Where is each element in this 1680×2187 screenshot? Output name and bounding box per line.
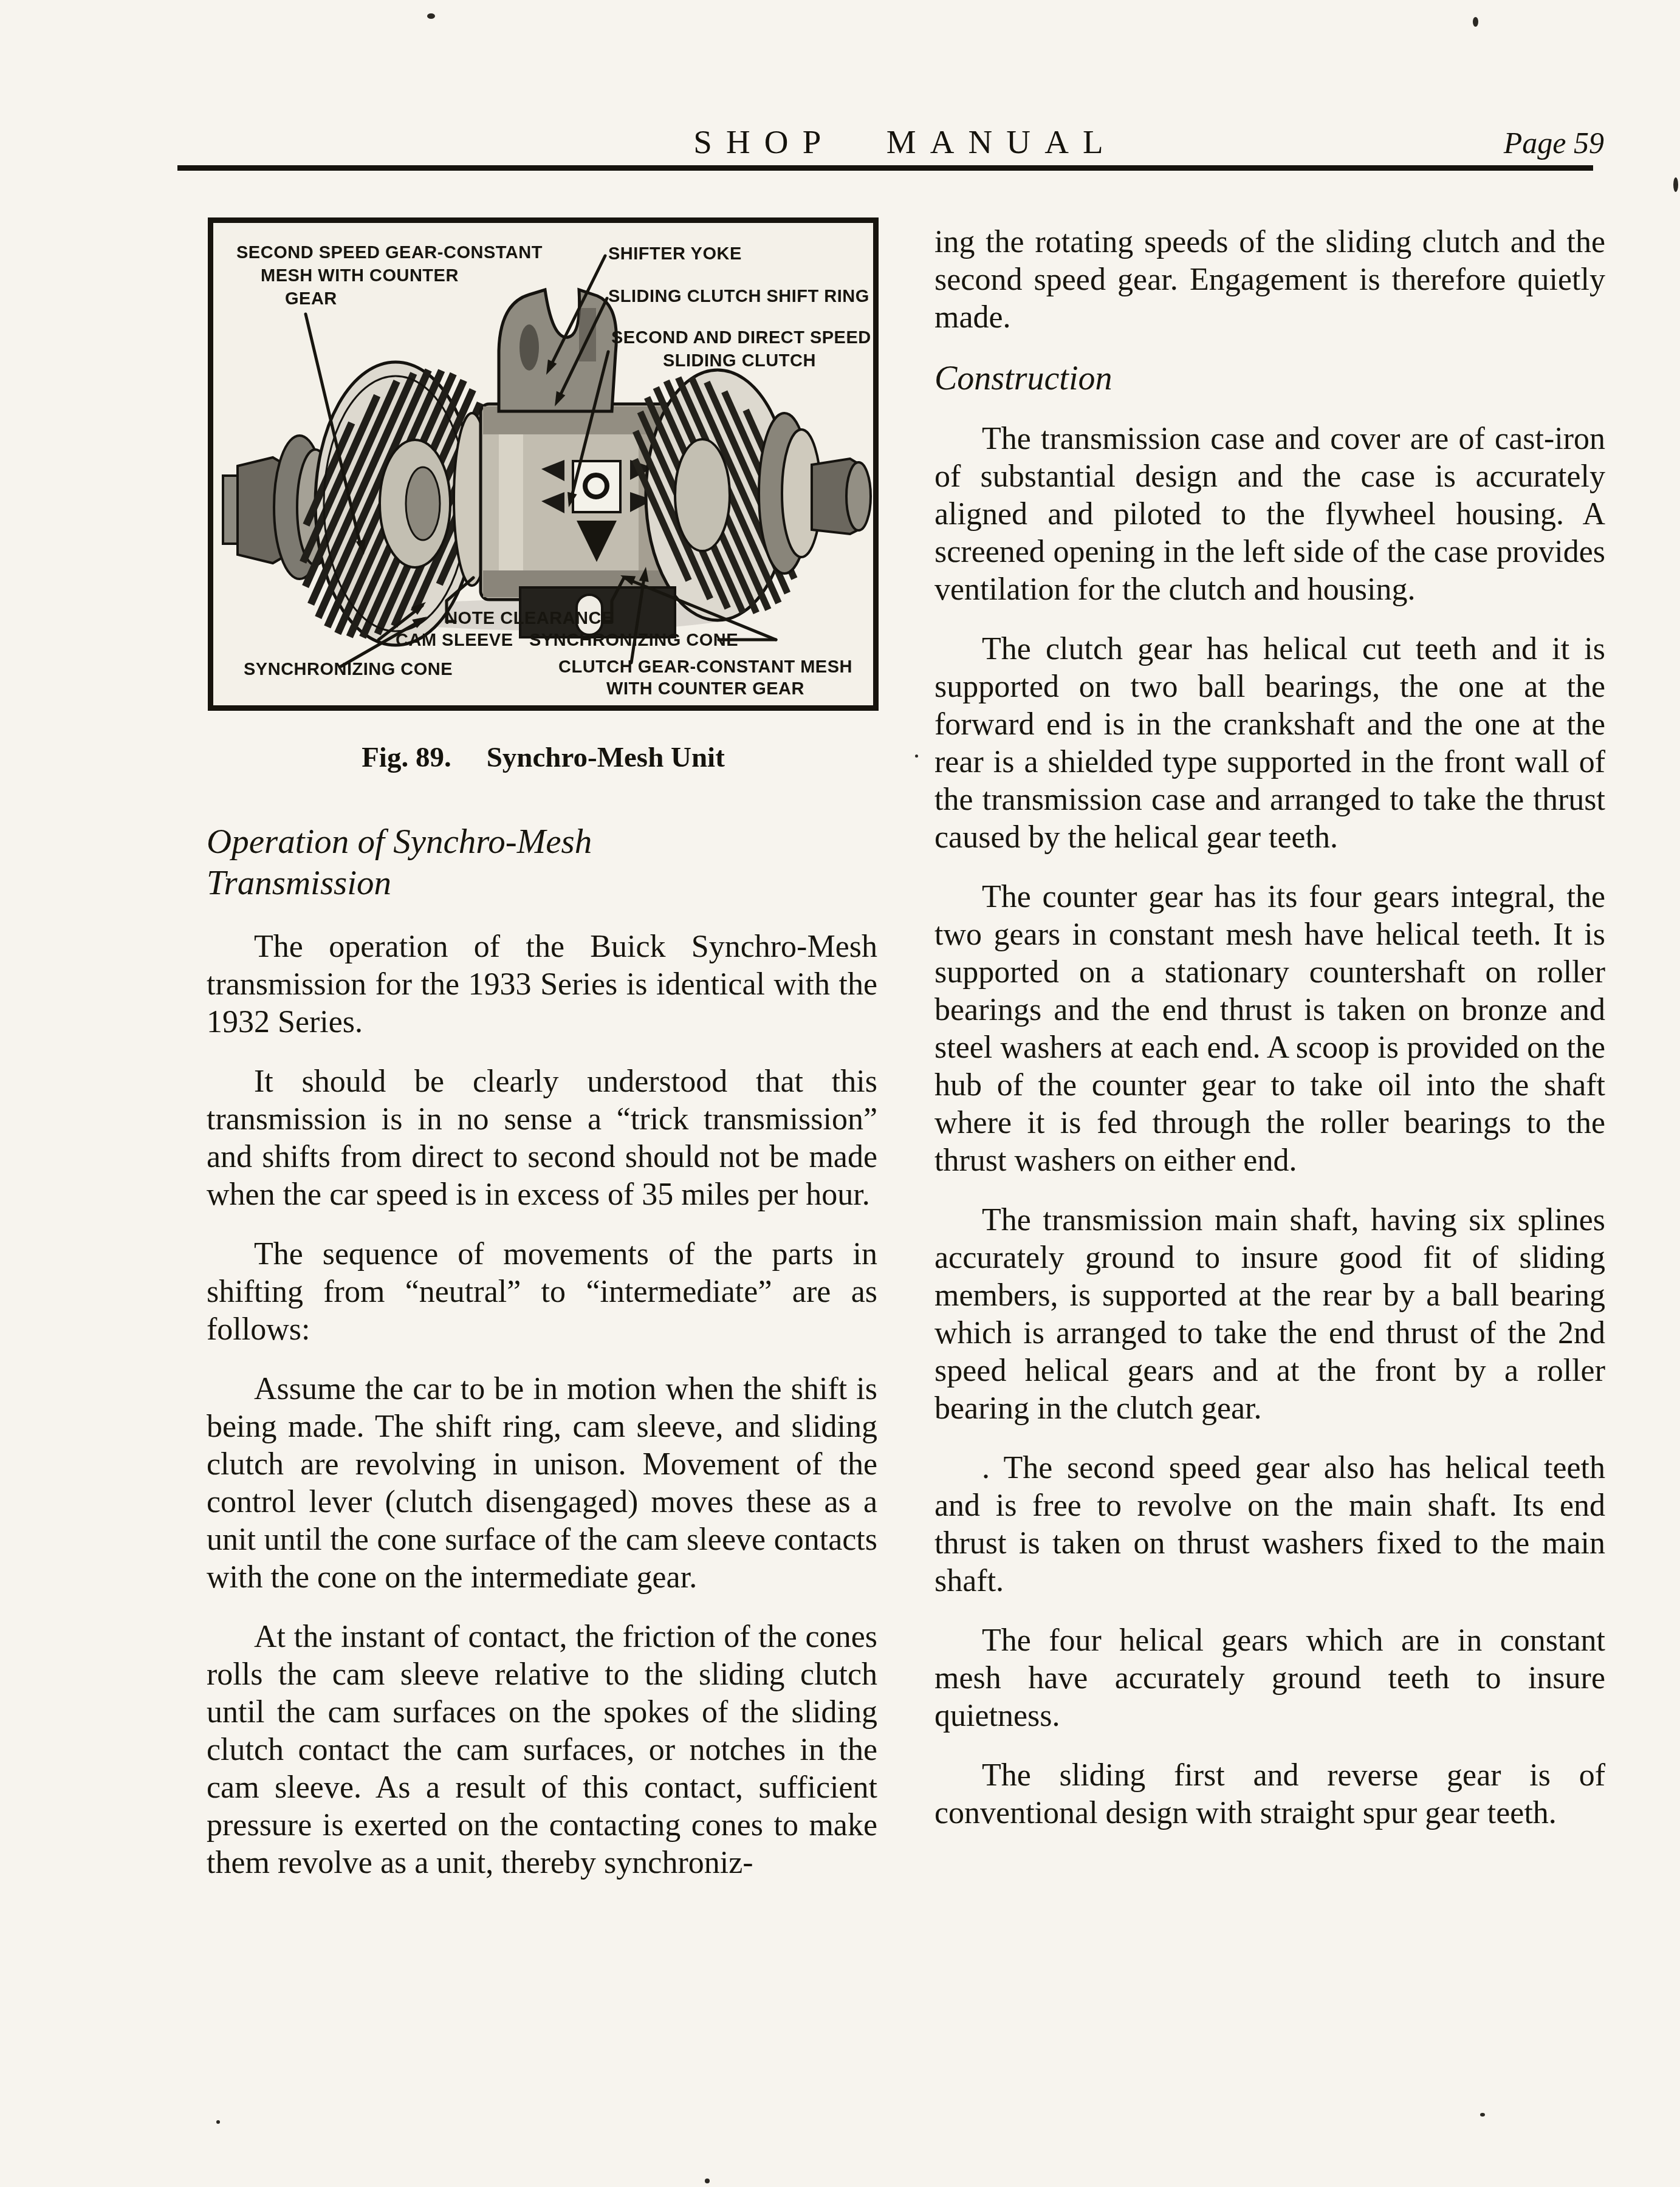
label-shifter-yoke: SHIFTER YOKE [608, 244, 742, 264]
manual-page: SHOP MANUAL Page 59 [0, 0, 1680, 2187]
scan-speck [427, 13, 435, 19]
figure-frame: SECOND SPEED GEAR-CONSTANT MESH WITH COU… [208, 217, 879, 711]
heading-line: Operation of Synchro-Mesh [207, 821, 877, 863]
paragraph: The transmission case and cover are of c… [934, 420, 1605, 609]
header-rule [177, 165, 1593, 171]
label-sliding-clutch-line2: SLIDING CLUTCH [663, 351, 816, 371]
paragraph: The clutch gear has helical cut teeth an… [934, 631, 1605, 857]
paragraph: Assume the car to be in motion when the … [207, 1371, 877, 1597]
label-clutch-gear-line1: CLUTCH GEAR-CONSTANT MESH [558, 657, 852, 677]
label-second-speed-gear-line2: MESH WITH COUNTER [261, 266, 459, 286]
section-heading-operation: Operation of Synchro-Mesh Transmission [207, 821, 877, 904]
paragraph: It should be clearly understood that thi… [207, 1063, 877, 1214]
label-second-speed-gear-line3: GEAR [285, 289, 337, 309]
paragraph: The counter gear has its four gears inte… [934, 878, 1605, 1180]
paragraph: The transmission main shaft, having six … [934, 1202, 1605, 1428]
scan-speck [1480, 2113, 1485, 2117]
left-column: Operation of Synchro-Mesh Transmission T… [207, 821, 877, 1904]
paragraph: The sequence of movements of the parts i… [207, 1236, 877, 1349]
label-second-speed-gear-line1: SECOND SPEED GEAR-CONSTANT [236, 243, 543, 262]
right-column: ing the rotating speeds of the sliding c… [934, 224, 1605, 1854]
figure-89: SECOND SPEED GEAR-CONSTANT MESH WITH COU… [208, 217, 879, 774]
scan-speck [216, 2120, 220, 2124]
paragraph: The four helical gears which are in cons… [934, 1622, 1605, 1735]
figure-number: Fig. 89. [362, 742, 451, 773]
page-number: Page 59 [1446, 125, 1604, 160]
label-synchronizing-cone-left: SYNCHRONIZING CONE [244, 660, 453, 679]
label-sliding-clutch-shift-ring: SLIDING CLUTCH SHIFT RING [608, 287, 869, 306]
scan-speck [1473, 17, 1478, 27]
figure-title: Synchro-Mesh Unit [487, 742, 725, 773]
label-sliding-clutch-line1: SECOND AND DIRECT SPEED [611, 328, 871, 347]
heading-line: Transmission [207, 863, 877, 904]
paragraph: At the instant of contact, the friction … [207, 1618, 877, 1882]
paragraph: The sliding first and reverse gear is of… [934, 1757, 1605, 1832]
scan-speck [915, 755, 918, 758]
paragraph: The operation of the Buick Synchro-Mesh … [207, 928, 877, 1041]
label-synchronizing-cone-mid: SYNCHRONIZING CONE [529, 631, 738, 650]
paragraph-continuation: ing the rotating speeds of the sliding c… [934, 224, 1605, 337]
synchro-mesh-illustration: SECOND SPEED GEAR-CONSTANT MESH WITH COU… [213, 223, 873, 705]
label-note-clearance: NOTE CLEARANCE [445, 609, 614, 628]
label-cam-sleeve: CAM SLEEVE [396, 631, 513, 650]
page-title: SHOP MANUAL [207, 123, 1604, 161]
label-clutch-gear-line2: WITH COUNTER GEAR [606, 679, 804, 699]
scan-speck [1673, 177, 1678, 192]
section-heading-construction: Construction [934, 358, 1605, 399]
paragraph: . The second speed gear also has helical… [934, 1449, 1605, 1600]
scan-speck [705, 2178, 710, 2183]
figure-caption: Fig. 89.Synchro-Mesh Unit [208, 741, 879, 774]
